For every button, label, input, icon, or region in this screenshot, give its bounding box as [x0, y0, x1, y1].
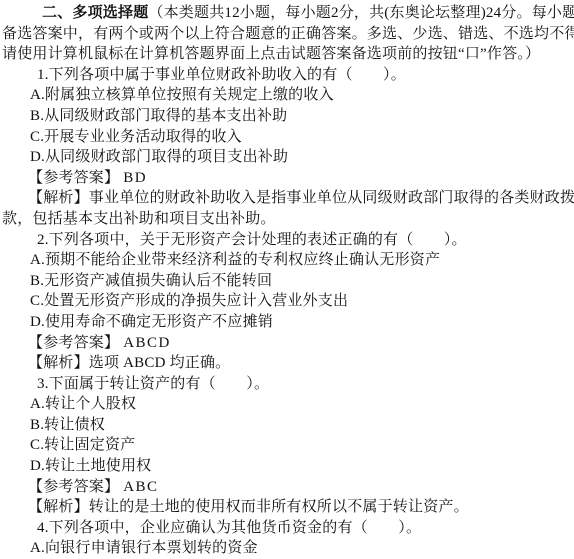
analysis-line-wrap: 款，包括基本支出补助和项目支出补助。	[2, 209, 572, 230]
exam-document: 二、多项选择题（本类题共12小题，每小题2分，共(东奥论坛整理)24分。每小题 …	[0, 0, 574, 559]
question-stem: 4.下列各项中，企业应确认为其他货币资金的有（ ）。	[37, 518, 572, 539]
option-b: B.转让债权	[30, 415, 572, 436]
question-stem: 1.下列各项中属于事业单位财政补助收入的有（ ）。	[37, 65, 572, 86]
question-stem: 2.下列各项中，关于无形资产会计处理的表述正确的有（ ）。	[37, 230, 572, 251]
analysis-line: 【解析】事业单位的财政补助收入是指事业单位从同级财政部门取得的各类财政拨	[28, 188, 572, 209]
reference-answer: 【参考答案】ABCD	[28, 333, 572, 354]
answer-label: 【参考答案】	[28, 170, 119, 186]
section-heading: 二、多项选择题	[42, 5, 148, 21]
option-d: D.从同级财政部门取得的项目支出补助	[30, 147, 572, 168]
question-stem: 3.下面属于转让资产的有（ ）。	[37, 374, 572, 395]
answer-value: ABCD	[123, 335, 171, 351]
section-intro-line-2: 备选答案中，有两个或两个以上符合题意的正确答案。多选、少选、错选、不选均不得分。	[2, 24, 572, 45]
option-b: B.从同级财政部门取得的基本支出补助	[30, 106, 572, 127]
answer-value: BD	[123, 170, 147, 186]
answer-value: ABC	[123, 479, 158, 495]
question-1: 1.下列各项中属于事业单位财政补助收入的有（ ）。 A.附属独立核算单位按照有关…	[2, 65, 572, 230]
option-b: B.无形资产减值损失确认后不能转回	[30, 271, 572, 292]
analysis-line: 【解析】选项 ABCD 均正确。	[28, 353, 572, 374]
section-intro-line-1: 二、多项选择题（本类题共12小题，每小题2分，共(东奥论坛整理)24分。每小题	[42, 3, 572, 24]
option-c: C.转让固定资产	[30, 435, 572, 456]
analysis-line: 【解析】转让的是土地的使用权而非所有权所以不属于转让资产。	[28, 497, 572, 518]
option-a: A.向银行申请银行本票划转的资金	[30, 538, 572, 559]
option-d: D.转让土地使用权	[30, 456, 572, 477]
section-intro-rest: （本类题共12小题，每小题2分，共(东奥论坛整理)24分。每小题	[148, 5, 574, 21]
answer-label: 【参考答案】	[28, 335, 119, 351]
option-c: C.开展专业业务活动取得的收入	[30, 127, 572, 148]
reference-answer: 【参考答案】BD	[28, 168, 572, 189]
question-3: 3.下面属于转让资产的有（ ）。 A.转让个人股权 B.转让债权 C.转让固定资…	[2, 374, 572, 518]
question-2: 2.下列各项中，关于无形资产会计处理的表述正确的有（ ）。 A.预期不能给企业带…	[2, 230, 572, 374]
reference-answer: 【参考答案】ABC	[28, 477, 572, 498]
option-c: C.处置无形资产形成的净损失应计入营业外支出	[30, 291, 572, 312]
answer-label: 【参考答案】	[28, 479, 119, 495]
section-intro-line-3: 请使用计算机鼠标在计算机答题界面上点击试题答案备选项前的按钮“口”作答。）	[2, 44, 572, 65]
option-a: A.预期不能给企业带来经济利益的专利权应终止确认无形资产	[30, 250, 572, 271]
question-4: 4.下列各项中，企业应确认为其他货币资金的有（ ）。 A.向银行申请银行本票划转…	[2, 518, 572, 559]
option-a: A.转让个人股权	[30, 394, 572, 415]
option-d: D.使用寿命不确定无形资产不应摊销	[30, 312, 572, 333]
option-a: A.附属独立核算单位按照有关规定上缴的收入	[30, 85, 572, 106]
